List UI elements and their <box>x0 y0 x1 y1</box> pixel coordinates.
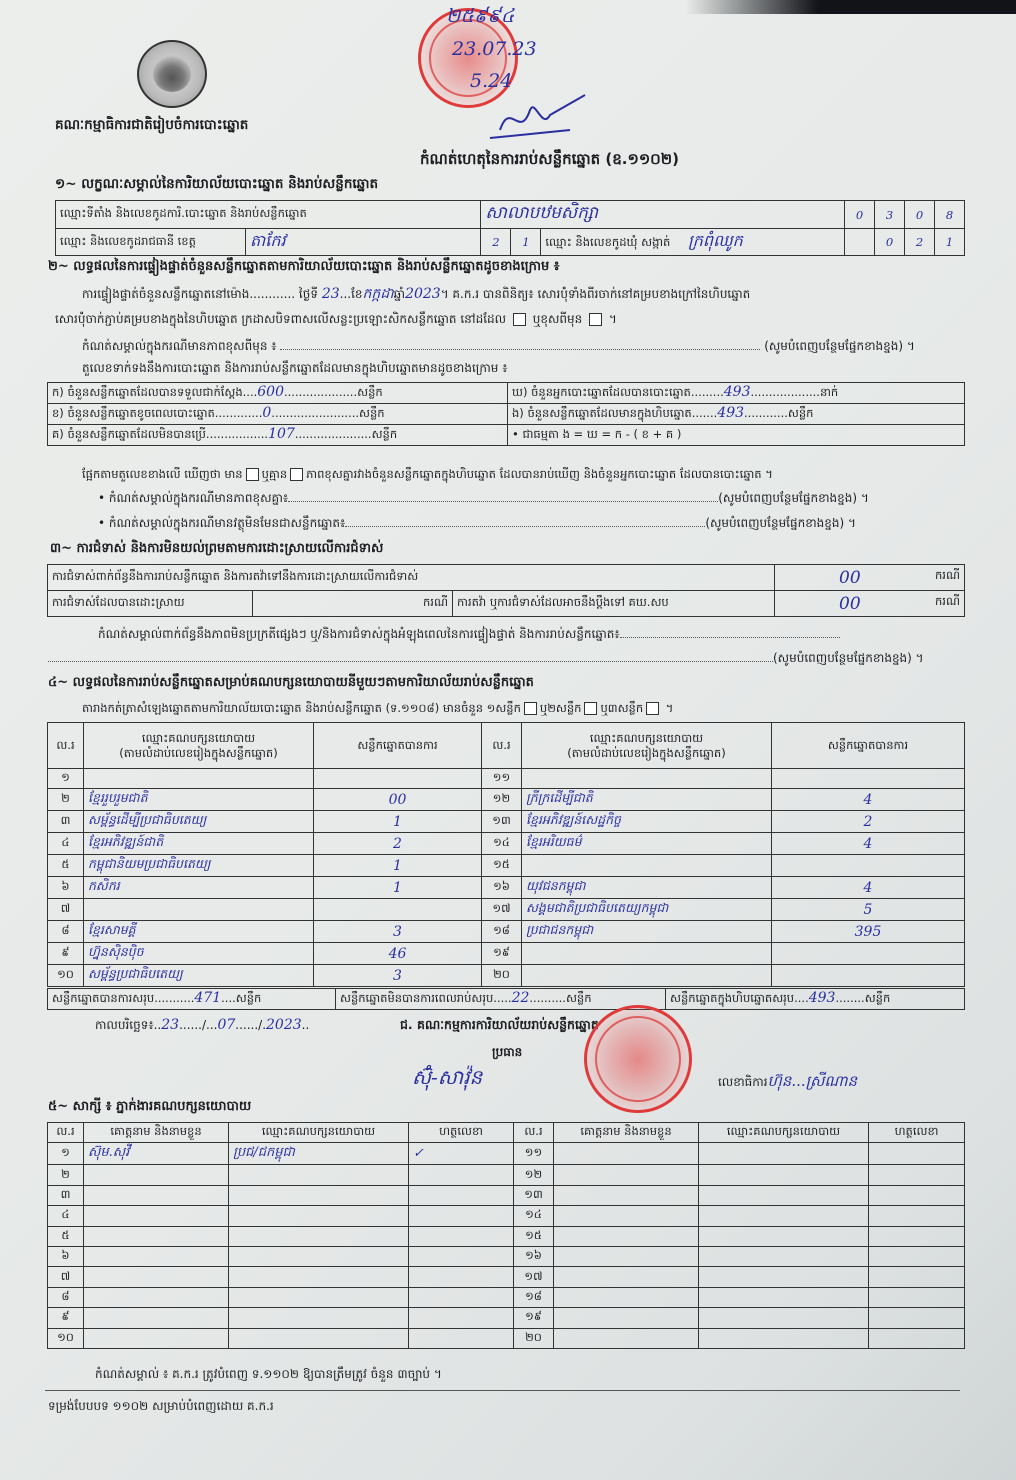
figures-intro: តួលេខទាក់ទងនឹងការបោះឆ្នោត និងការរាប់សន្ល… <box>82 360 507 378</box>
party-votes[interactable] <box>314 769 482 789</box>
irregularity-note-input-2[interactable] <box>48 661 773 662</box>
complaints-count[interactable]: 00 <box>839 568 861 588</box>
col-header-party: ឈ្មោះគណបក្សនយោបាយ <box>699 1123 869 1143</box>
witness-party[interactable] <box>699 1185 869 1205</box>
row-number: ៨ <box>48 1287 84 1307</box>
witness-name[interactable] <box>554 1206 699 1226</box>
row-number: ១១ <box>482 769 522 789</box>
two-sheets-checkbox[interactable] <box>584 702 597 715</box>
col-header-votes: សន្លឹកឆ្នោតបានការ <box>314 723 482 769</box>
witness-name[interactable] <box>554 1287 699 1307</box>
form-note: ទម្រង់បែបបទ ១១០២ សម្រាប់បំពេញដោយ គ.ក.រ <box>48 1398 274 1416</box>
witness-sign[interactable] <box>869 1308 965 1328</box>
party-name[interactable]: សម្ព័ន្ធដើម្បីប្រជាធិបតេយ្យ <box>84 811 314 833</box>
three-sheets-checkbox[interactable] <box>646 702 659 715</box>
party-votes[interactable] <box>772 965 965 987</box>
witness-party[interactable] <box>229 1185 409 1205</box>
signing-date: កាលបរិច្ឆេទ៖..23....../...07....../.2023… <box>95 1017 309 1035</box>
witness-sign[interactable] <box>409 1206 514 1226</box>
col-header-party: ឈ្មោះគណបក្សនយោបាយ <box>229 1123 409 1143</box>
section3-title: ៣~ ការជំទាស់ និងការមិនយល់ព្រមតាមការដោះស្… <box>50 540 383 559</box>
table-row: ៩ហ្វ៊ុនស៊ិនប៉ិច46១៩ <box>48 943 965 965</box>
witness-party[interactable] <box>229 1246 409 1266</box>
witness-party[interactable] <box>699 1328 869 1348</box>
witness-sign[interactable]: ✓ <box>409 1143 514 1165</box>
appeal-label: ការតវ៉ា ឬការជំទាស់ដែលអាចនឹងប្តឹងទៅ គឃ.សប <box>453 591 775 617</box>
witness-name[interactable] <box>84 1308 229 1328</box>
party-votes[interactable]: 4 <box>772 877 965 899</box>
ballot-figures-table: ក) ចំនួនសន្លឹកឆ្នោតដែលបានទទួលជាក់ស្តែង..… <box>47 382 965 446</box>
party-name[interactable] <box>522 855 772 877</box>
row-number: ៨ <box>48 921 84 943</box>
witness-table: ល.រ គោត្តនាម និងនាមខ្លួន ឈ្មោះគណបក្សនយោប… <box>47 1122 965 1349</box>
voters-voted-value[interactable]: 493 <box>724 384 751 400</box>
witness-sign[interactable] <box>409 1308 514 1328</box>
footnote: កំណត់សម្គាល់ ៖ គ.ក.រ ត្រូវបំពេញ ទ.១១០២ ឱ… <box>95 1366 442 1384</box>
row-number: ១២ <box>514 1165 554 1185</box>
party-name[interactable]: ខ្មែររួបរួមជាតិ <box>84 789 314 811</box>
witness-name[interactable] <box>84 1165 229 1185</box>
row-number: ១៧ <box>482 899 522 921</box>
witness-party[interactable] <box>699 1287 869 1307</box>
appeal-count[interactable]: 00 <box>839 594 861 614</box>
col-header-no: ល.រ <box>514 1123 554 1143</box>
table-row: ៤១៤ <box>48 1206 965 1226</box>
commune-code-digit[interactable]: 1 <box>935 229 965 256</box>
witness-name[interactable] <box>84 1246 229 1266</box>
witness-sign[interactable] <box>869 1267 965 1287</box>
col-header-no: ល.រ <box>482 723 522 769</box>
unused-ballots-value[interactable]: 107 <box>268 426 295 442</box>
row-number: ៥ <box>48 1226 84 1246</box>
col-header-party: ឈ្មោះគណបក្សនយោបាយ(តាមលំដាប់លេខរៀងក្នុងសន… <box>522 723 772 769</box>
stamp-ref-number: ២៥៩៩៤ <box>446 4 514 32</box>
party-votes[interactable]: 4 <box>772 789 965 811</box>
reconcile-month[interactable]: កក្កដា <box>363 286 394 302</box>
table-row: ១១១ <box>48 769 965 789</box>
witness-name[interactable] <box>554 1308 699 1328</box>
irregularity-note-input[interactable] <box>620 637 840 638</box>
witness-sign[interactable] <box>409 1165 514 1185</box>
document-title: កំណត់ហេតុនៃការរាប់សន្លឹកឆ្នោត (ឧ.១១០២) <box>420 150 679 172</box>
formula: • ជាធម្មតា ង = ឃ = ក - ( ខ + គ ) <box>508 425 965 446</box>
party-votes[interactable]: 3 <box>314 921 482 943</box>
col-header-votes: សន្លឹកឆ្នោតបានការ <box>772 723 965 769</box>
official-red-stamp-bottom <box>584 1005 692 1113</box>
row-number: ១៨ <box>514 1287 554 1307</box>
party-name[interactable]: ខ្មែរសាមគ្គី <box>84 921 314 943</box>
note-diff-line: កំណត់សម្គាល់ក្នុងករណីមានភាពខុសពីមុន ៖ (ស… <box>82 338 962 356</box>
party-votes[interactable]: 00 <box>314 789 482 811</box>
witness-sign[interactable] <box>409 1267 514 1287</box>
chair-label: ប្រធាន <box>492 1044 522 1062</box>
party-votes[interactable] <box>314 899 482 921</box>
party-votes[interactable]: 1 <box>314 877 482 899</box>
party-votes[interactable]: 4 <box>772 833 965 855</box>
table-row: ២ខ្មែររួបរួមជាតិ00១២ក្រីក្រដើម្បីជាតិ4 <box>48 789 965 811</box>
party-name[interactable]: សង្គមជាតិប្រជាធិបតេយ្យកម្ពុជា <box>522 899 772 921</box>
spoiled-ballots-value[interactable]: 0 <box>262 405 271 421</box>
total-invalid-ballots[interactable]: 22 <box>512 990 530 1006</box>
row-number: ៥ <box>48 855 84 877</box>
has-difference-checkbox[interactable] <box>246 468 259 481</box>
section1-title: ១~ លក្ខណៈសម្គាល់នៃការិយាល័យបោះឆ្នោត និងរ… <box>55 175 378 195</box>
witness-party[interactable] <box>699 1165 869 1185</box>
witness-party[interactable] <box>699 1308 869 1328</box>
signature-scribble-icon <box>480 90 590 145</box>
party-votes[interactable]: 2 <box>772 811 965 833</box>
witness-party[interactable] <box>699 1226 869 1246</box>
row-number: ៦ <box>48 877 84 899</box>
section4-title: ៤~ លទ្ធផលនៃការរាប់សន្លឹកឆ្នោតសម្រាប់គណបក… <box>48 674 534 693</box>
witness-sign[interactable] <box>409 1246 514 1266</box>
party-votes[interactable]: 1 <box>314 811 482 833</box>
witness-sign[interactable] <box>869 1328 965 1348</box>
row-number: ១៤ <box>482 833 522 855</box>
province-label: ឈ្មោះ និងលេខកូដរាជធានី ខេត្ត <box>56 229 246 256</box>
witness-name[interactable] <box>84 1267 229 1287</box>
party-name[interactable]: កម្ពុជានិយមប្រជាធិបតេយ្យ <box>84 855 314 877</box>
note-nonballot-input[interactable] <box>345 526 705 527</box>
witness-name[interactable]: ស៊ុម.សុវី <box>84 1143 229 1165</box>
table-row: ៧១៧សង្គមជាតិប្រជាធិបតេយ្យកម្ពុជា5 <box>48 899 965 921</box>
different-checkbox[interactable] <box>589 313 602 326</box>
col-header-no: ល.រ <box>48 1123 84 1143</box>
party-name[interactable]: ប្រជាជនកម្ពុជា <box>522 921 772 943</box>
col-header-signature: ហត្ថលេខា <box>869 1123 965 1143</box>
compare-line: ផ្អែកតាមតួលេខខាងលើ ឃើញថា មានឬគ្មានភាពខុស… <box>82 467 773 484</box>
commune-label: ឈ្មោះ និងលេខកូដឃុំ សង្កាត់ <box>545 235 670 249</box>
party-name[interactable]: ក្រីក្រដើម្បីជាតិ <box>522 789 772 811</box>
row-number: ២ <box>48 1165 84 1185</box>
witness-sign[interactable] <box>869 1226 965 1246</box>
commune-name[interactable]: ក្រពុំឈូក <box>688 231 743 250</box>
row-number: ១៩ <box>514 1308 554 1328</box>
station-label: ឈ្មោះទីតាំង និងលេខកូដការិ.បោះឆ្នោត និងរា… <box>56 201 481 229</box>
tally-intro: តារាងកត់ត្រាសំឡេងឆ្នោតតាមការិយាល័យបោះឆ្ន… <box>82 701 673 718</box>
table-row: ១០២០ <box>48 1328 965 1348</box>
row-number: ១៤ <box>514 1206 554 1226</box>
witness-name[interactable] <box>84 1328 229 1348</box>
party-name[interactable] <box>522 769 772 789</box>
witness-party[interactable] <box>229 1328 409 1348</box>
witness-name[interactable] <box>84 1226 229 1246</box>
table-row: ៩១៩ <box>48 1308 965 1328</box>
party-name[interactable] <box>522 943 772 965</box>
row-number: ១៥ <box>514 1226 554 1246</box>
party-votes[interactable]: 3 <box>314 965 482 987</box>
party-name[interactable] <box>84 899 314 921</box>
note-nonballot-line: • កំណត់សម្គាល់ក្នុងករណីមានវត្ថុមិនមែនជាស… <box>98 515 856 533</box>
witness-party[interactable] <box>229 1308 409 1328</box>
witness-name[interactable] <box>554 1226 699 1246</box>
same-checkbox[interactable] <box>513 313 526 326</box>
witness-party[interactable] <box>229 1206 409 1226</box>
witness-party[interactable] <box>699 1206 869 1226</box>
stamp-date: 23.07.23 <box>452 38 537 60</box>
witness-name[interactable] <box>554 1165 699 1185</box>
row-number: ១៣ <box>482 811 522 833</box>
complaints-table: ការជំទាស់ពាក់ព័ន្ធនឹងការរាប់សន្លឹកឆ្នោត … <box>47 564 965 617</box>
section5-title: ៥~ សាក្សី ៖ ភ្នាក់ងារគណបក្សនយោបាយ <box>48 1098 251 1117</box>
witness-sign[interactable] <box>409 1185 514 1205</box>
row-number: ១០ <box>48 1328 84 1348</box>
total-valid-ballots[interactable]: 471 <box>194 990 221 1006</box>
col-header-signature: ហត្ថលេខា <box>409 1123 514 1143</box>
chair-signature: ស៊ុំ-សាវ៉ុន <box>412 1064 482 1094</box>
row-number: ៦ <box>48 1246 84 1266</box>
witness-sign[interactable] <box>869 1165 965 1185</box>
col-header-party: ឈ្មោះគណបក្សនយោបាយ(តាមលំដាប់លេខរៀងក្នុងសន… <box>84 723 314 769</box>
station-code-digit[interactable]: 0 <box>905 201 935 229</box>
witness-party[interactable] <box>699 1267 869 1287</box>
witness-party[interactable] <box>229 1226 409 1246</box>
photo-edge-shadow <box>686 0 1016 14</box>
no-difference-checkbox[interactable] <box>290 468 303 481</box>
row-number: ៩ <box>48 943 84 965</box>
ballots-in-box-value[interactable]: 493 <box>717 405 744 421</box>
table-row: ១០សម្ព័ន្ធប្រជាធិបតេយ្យ3២០ <box>48 965 965 987</box>
party-votes[interactable]: 5 <box>772 899 965 921</box>
row-number: ១៨ <box>482 921 522 943</box>
party-name[interactable]: សម្ព័ន្ធប្រជាធិបតេយ្យ <box>84 965 314 987</box>
province-code-digit[interactable]: 2 <box>481 229 511 256</box>
witness-sign[interactable] <box>409 1328 514 1348</box>
table-row: ៧១៧ <box>48 1267 965 1287</box>
witness-name[interactable] <box>554 1267 699 1287</box>
section2-title: ២~ លទ្ធផលនៃការផ្ទៀងផ្ទាត់ចំនួនសន្លឹកឆ្នោ… <box>48 258 559 277</box>
party-votes[interactable]: 2 <box>314 833 482 855</box>
stamp-time: 5.24 <box>470 70 512 92</box>
note-mismatch-line: • កំណត់សម្គាល់ក្នុងករណីមានភាពខុសគ្នា៖(សូ… <box>98 490 869 508</box>
one-sheet-checkbox[interactable] <box>524 702 537 715</box>
irregularity-note: កំណត់សម្គាល់ពាក់ព័ន្ធនឹងភាពមិនប្រក្រតីផ្… <box>98 626 964 644</box>
row-number: ១៧ <box>514 1267 554 1287</box>
witness-name[interactable] <box>84 1287 229 1307</box>
witness-sign[interactable] <box>869 1206 965 1226</box>
party-name[interactable]: ខ្មែរអភិវឌ្ឍន៍ជាតិ <box>84 833 314 855</box>
row-number: ១៩ <box>482 943 522 965</box>
station-code-digit[interactable]: 0 <box>845 201 875 229</box>
table-row: ៣សម្ព័ន្ធដើម្បីប្រជាធិបតេយ្យ1១៣ខ្មែរអភិវ… <box>48 811 965 833</box>
witness-party[interactable] <box>229 1267 409 1287</box>
table-row: ៥១៥ <box>48 1226 965 1246</box>
party-results-table: ល.រ ឈ្មោះគណបក្សនយោបាយ(តាមលំដាប់លេខរៀងក្ន… <box>47 722 965 987</box>
secretary-line: លេខាធិការហ៊ុន...ស្រីណាន <box>718 1072 857 1094</box>
station-info-table: ឈ្មោះទីតាំង និងលេខកូដការិ.បោះឆ្នោត និងរា… <box>55 200 965 256</box>
witness-name[interactable] <box>554 1246 699 1266</box>
row-number: ១០ <box>48 965 84 987</box>
col-header-name: គោត្តនាម និងនាមខ្លួន <box>84 1123 229 1143</box>
station-name[interactable]: សាលាបឋមសិក្សា <box>481 201 845 229</box>
party-votes[interactable] <box>772 769 965 789</box>
complaints-label: ការជំទាស់ពាក់ព័ន្ធនឹងការរាប់សន្លឹកឆ្នោត … <box>48 565 775 591</box>
witness-name[interactable] <box>84 1206 229 1226</box>
party-votes[interactable]: 46 <box>314 943 482 965</box>
table-row: ៨១៨ <box>48 1287 965 1307</box>
party-name[interactable] <box>84 769 314 789</box>
row-number: ៤ <box>48 1206 84 1226</box>
irregularity-note-continued: (សូមបំពេញបន្ថែមផ្នែកខាងខ្នង) ។ <box>48 650 924 668</box>
total-ballots-in-box[interactable]: 493 <box>809 990 836 1006</box>
table-row: ៥កម្ពុជានិយមប្រជាធិបតេយ្យ1១៥ <box>48 855 965 877</box>
reconcile-year[interactable]: 2023 <box>405 286 441 302</box>
row-number: ៤ <box>48 833 84 855</box>
witness-sign[interactable] <box>869 1143 965 1165</box>
commune-code-digit[interactable]: 0 <box>875 229 905 256</box>
witness-name[interactable] <box>554 1185 699 1205</box>
nec-emblem-logo <box>137 40 207 108</box>
commune-code-digit[interactable]: 2 <box>905 229 935 256</box>
row-number: ១៥ <box>482 855 522 877</box>
witness-sign[interactable] <box>869 1246 965 1266</box>
table-row: ៣១៣ <box>48 1185 965 1205</box>
table-row: ៨ខ្មែរសាមគ្គី3១៨ប្រជាជនកម្ពុជា395 <box>48 921 965 943</box>
party-votes[interactable]: 1 <box>314 855 482 877</box>
station-code-digit[interactable]: 8 <box>935 201 965 229</box>
witness-party[interactable] <box>699 1246 869 1266</box>
witness-party[interactable] <box>229 1165 409 1185</box>
date-year[interactable]: 2023 <box>266 1017 302 1033</box>
witness-party[interactable]: ប្រជ/ជកម្ពុជា <box>229 1143 409 1165</box>
witness-sign[interactable] <box>869 1287 965 1307</box>
party-name[interactable] <box>522 965 772 987</box>
witness-party[interactable] <box>229 1287 409 1307</box>
footer-divider <box>45 1390 960 1391</box>
row-number: ២ <box>48 789 84 811</box>
row-number: ១១ <box>514 1143 554 1165</box>
witness-sign[interactable] <box>409 1287 514 1307</box>
province-name[interactable]: តាកែវ <box>246 229 481 256</box>
reconcile-day[interactable]: 23 <box>322 286 340 302</box>
station-code-digit[interactable]: 3 <box>875 201 905 229</box>
witness-name[interactable] <box>84 1185 229 1205</box>
party-name[interactable]: យុវជនកម្ពុជា <box>522 877 772 899</box>
row-number: ៧ <box>48 899 84 921</box>
party-name[interactable]: ហ្វ៊ុនស៊ិនប៉ិច <box>84 943 314 965</box>
witness-name[interactable] <box>554 1143 699 1165</box>
reconcile-line-1: ការផ្ទៀងផ្ទាត់ចំនួនសន្លឹកឆ្នោតនៅម៉ោង....… <box>82 284 750 305</box>
table-row: ៤ខ្មែរអភិវឌ្ឍន៍ជាតិ2១៤ខ្មែរអរិយធម៌4 <box>48 833 965 855</box>
note-diff-input[interactable] <box>280 349 760 350</box>
organization-name: គណៈកម្មាធិការជាតិរៀបចំការបោះឆ្នោត <box>55 116 248 136</box>
row-number: ១៦ <box>514 1246 554 1266</box>
witness-sign[interactable] <box>869 1185 965 1205</box>
witness-party[interactable] <box>699 1143 869 1165</box>
table-row: ៦កសិករ1១៦យុវជនកម្ពុជា4 <box>48 877 965 899</box>
committee-label: ជ. គណៈកម្មការការិយាល័យរាប់សន្លឹកឆ្នោត <box>400 1017 599 1036</box>
row-number: ២០ <box>514 1328 554 1348</box>
party-totals-row: សន្លឹកឆ្នោតបានការសរុប...........471....ស… <box>47 988 965 1010</box>
witness-name[interactable] <box>554 1328 699 1348</box>
row-number: ១៦ <box>482 877 522 899</box>
row-number: ៧ <box>48 1267 84 1287</box>
table-row: ១ស៊ុម.សុវីប្រជ/ជកម្ពុជា✓១១ <box>48 1143 965 1165</box>
secretary-name: ហ៊ុន...ស្រីណាន <box>768 1072 857 1090</box>
note-mismatch-input[interactable] <box>288 501 718 502</box>
resolved-complaints-label: ការជំទាស់ដែលបានដោះស្រាយ <box>48 591 253 617</box>
date-month[interactable]: 07 <box>217 1017 235 1033</box>
row-number: ១២ <box>482 789 522 811</box>
row-number: ៩ <box>48 1308 84 1328</box>
col-header-no: ល.រ <box>48 723 84 769</box>
province-code-digit[interactable]: 1 <box>511 229 541 256</box>
row-number: ១ <box>48 1143 84 1165</box>
col-header-name: គោត្តនាម និងនាមខ្លួន <box>554 1123 699 1143</box>
row-number: ១៣ <box>514 1185 554 1205</box>
table-row: ២១២ <box>48 1165 965 1185</box>
party-name[interactable]: កសិករ <box>84 877 314 899</box>
date-day[interactable]: 23 <box>161 1017 179 1033</box>
reconcile-line-2: សោរប៉ុំចាក់ភ្ជាប់គម្របខាងក្នុងនៃហិបឆ្នោត… <box>55 311 617 329</box>
table-row: ៦១៦ <box>48 1246 965 1266</box>
row-number: ៣ <box>48 811 84 833</box>
row-number: ២០ <box>482 965 522 987</box>
party-votes[interactable] <box>772 855 965 877</box>
party-name[interactable]: ខ្មែរអភិវឌ្ឍន៍សេដ្ឋកិច្ច <box>522 811 772 833</box>
party-votes[interactable] <box>772 943 965 965</box>
party-name[interactable]: ខ្មែរអរិយធម៌ <box>522 833 772 855</box>
row-number: ៣ <box>48 1185 84 1205</box>
row-number: ១ <box>48 769 84 789</box>
witness-sign[interactable] <box>409 1226 514 1246</box>
party-votes[interactable]: 395 <box>772 921 965 943</box>
ballots-received-value[interactable]: 600 <box>257 384 284 400</box>
